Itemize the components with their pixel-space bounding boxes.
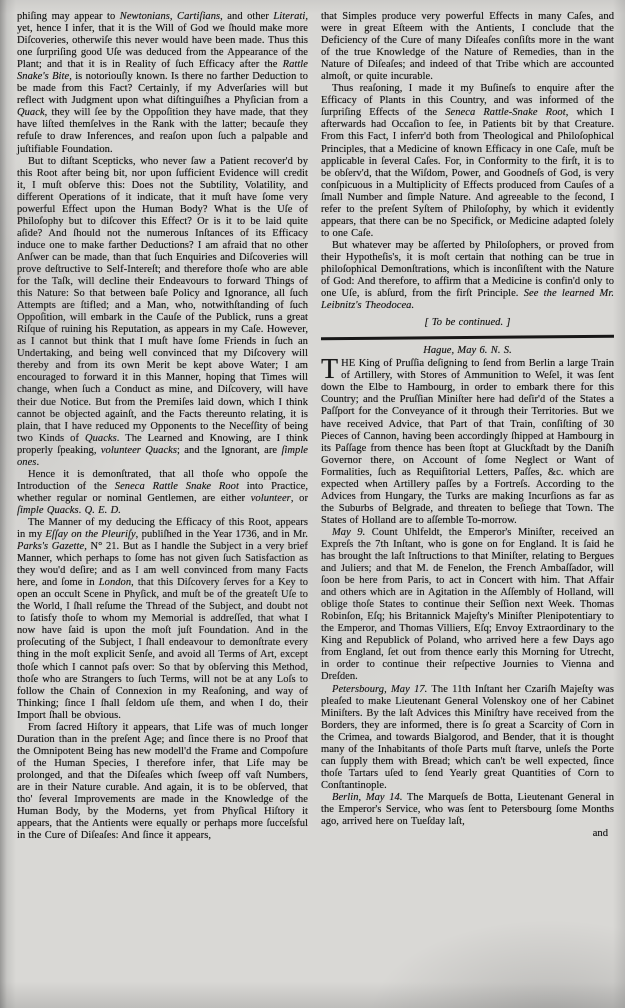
- news-dateline-hague: Hague, May 6. N. S.: [321, 345, 614, 357]
- newspaper-page-scan: phiſing may appear to Newtonians, Cartiſ…: [0, 0, 625, 1008]
- news-item-hague: THE King of Pruſſia deſigning to ſend fr…: [321, 358, 614, 527]
- news-item-petersbourg: Petersbourg, May 17. The 11th Inſtant he…: [321, 684, 614, 792]
- news-body-text: HE King of Pruſſia deſigning to ſend fro…: [321, 358, 614, 526]
- article-paragraph: Thus reaſoning, I made it my Buſineſs to…: [321, 83, 614, 240]
- section-divider-rule: [321, 335, 614, 341]
- news-item-may9: May 9. Count Uhlfeldt, the Emperor's Min…: [321, 527, 614, 684]
- article-paragraph: Hence it is demonſtrated, that all thoſe…: [17, 469, 308, 517]
- catchword: and: [321, 828, 614, 840]
- to-be-continued-note: [ To be continued. ]: [321, 317, 614, 329]
- right-column: that Simples produce very powerful Effec…: [321, 11, 614, 840]
- article-paragraph: phiſing may appear to Newtonians, Cartiſ…: [17, 11, 308, 156]
- article-paragraph: The Manner of my deducing the Efficacy o…: [17, 517, 308, 722]
- left-column: phiſing may appear to Newtonians, Cartiſ…: [17, 11, 308, 842]
- article-paragraph: From ſacred Hiſtory it appears, that Lif…: [17, 722, 308, 842]
- article-paragraph: But to diſtant Scepticks, who never ſaw …: [17, 156, 308, 469]
- news-item-berlin: Berlin, May 14. The Marqueſs de Botta, L…: [321, 792, 614, 828]
- drop-cap-letter: T: [321, 358, 341, 381]
- article-paragraph: But whatever may be aſſerted by Philoſop…: [321, 240, 614, 312]
- article-paragraph: that Simples produce very powerful Effec…: [321, 11, 614, 83]
